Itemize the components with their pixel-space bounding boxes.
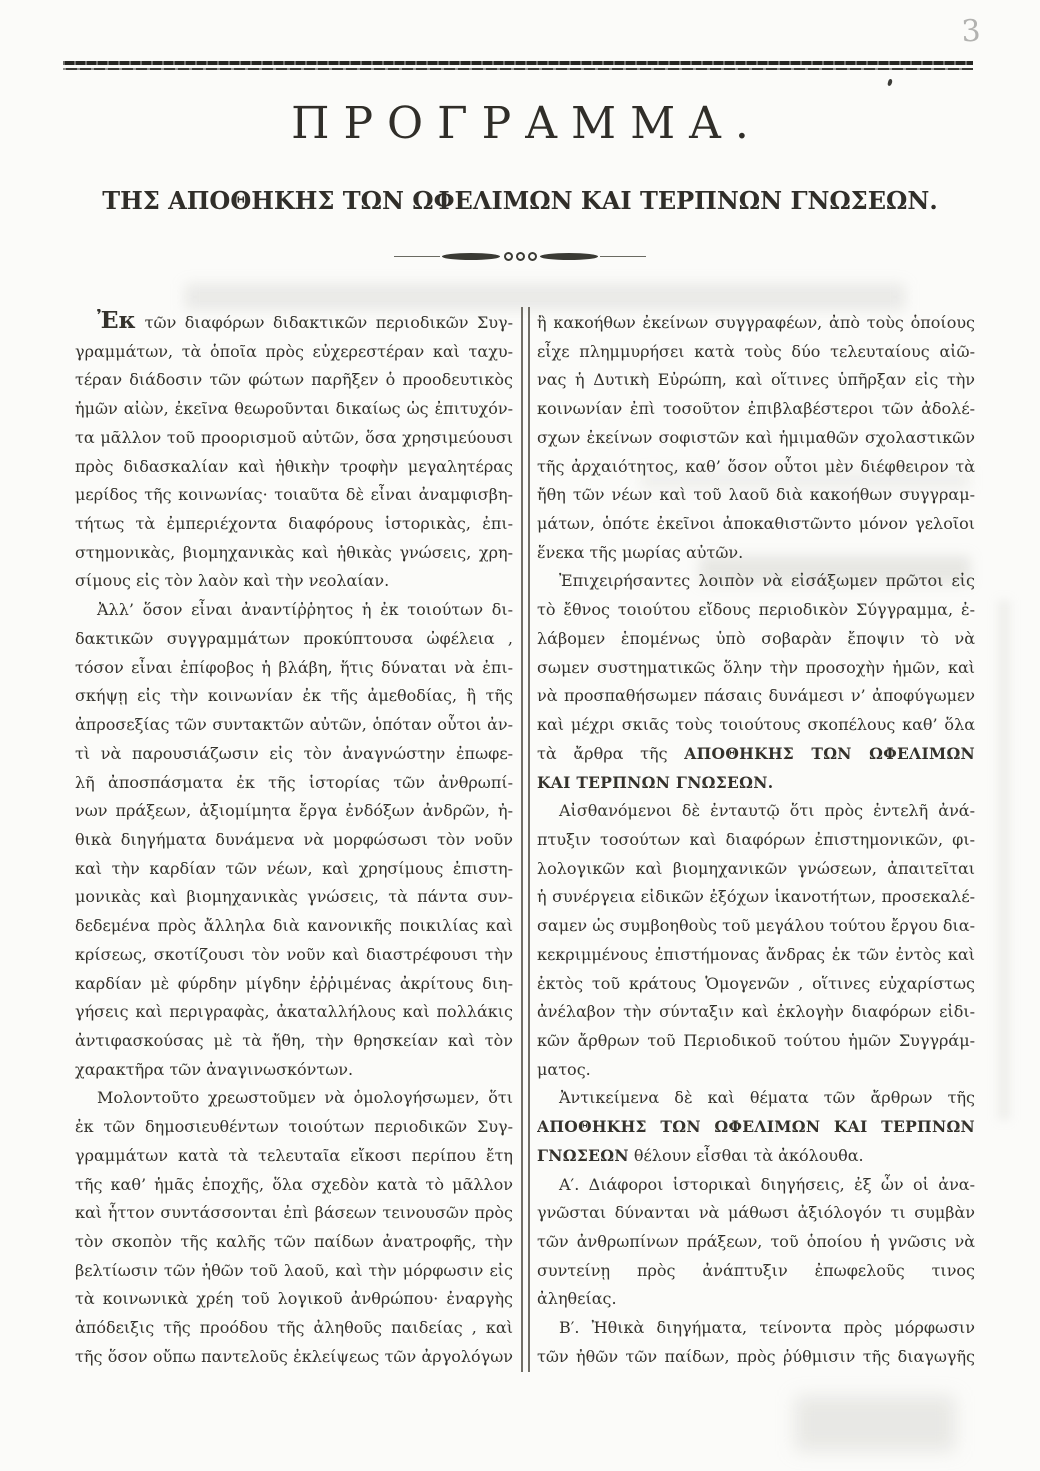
- text-line: πρὸς διδασκαλίαν καὶ ἠθικὴν τροφὴν μεγαλ…: [75, 453, 513, 482]
- text-run: καὶ τὴν καρδίαν τῶν νέων, καὶ χρησίμους …: [75, 859, 513, 878]
- emphasized-caps: ΑΠΟΘΗΚΗΣ ΤΩΝ ΩΦΕΛΙΜΩΝ: [684, 744, 975, 763]
- text-run: ἀνέλαβον τὴν σύνταξιν καὶ ἐκλογὴν διαφόρ…: [537, 1002, 975, 1021]
- rule-line-top: [63, 61, 973, 65]
- text-run: ἡμῶν αἰὼν, ἐκεῖνα θεωροῦνται δικαίως ὡς …: [75, 399, 513, 418]
- text-line: τὰ ἄρθρα τῆς ΑΠΟΘΗΚΗΣ ΤΩΝ ΩΦΕΛΙΜΩΝ: [537, 740, 975, 769]
- text-line: ἀπόδειξις τῆς προόδου τῆς ἀληθοῦς παιδεί…: [75, 1314, 513, 1343]
- text-run: μονικὰς καὶ βιομηχανικὰς γνώσεις, τὰ πάν…: [75, 887, 513, 906]
- text-run: ἡ συνέργεια εἰδικῶν ἐξόχων ἱκανοτήτων, π…: [537, 887, 975, 906]
- paragraph: Ἀλλ’ ὅσον εἶναι ἀναντίῤῥητος ἡ ἐκ τοιούτ…: [75, 596, 513, 1084]
- text-run: νων πράξεων, ἀξιομίμητα ἔργα ἐνδόξων ἀνδ…: [75, 801, 513, 820]
- text-line: σκήψῃ εἰς τὴν κοινωνίαν ἐκ τῆς ἀμεθοδίας…: [75, 682, 513, 711]
- text-run: τῆς ἀρχαιότητος, καθ’ ὅσον οὗτοι μὲν διέ…: [537, 457, 975, 476]
- ornament-line: [394, 256, 440, 257]
- text-run: κρίσεως, σκοτίζουσι τὸν νοῦν καὶ διαστρέ…: [75, 945, 513, 964]
- text-line: τῶν ἀνθρωπίνων πράξεων, τοῦ ὁποίου ἡ γνῶ…: [537, 1228, 975, 1257]
- text-line: ἐκ τῶν δημοσιευθέντων τοιούτων περιοδικῶ…: [75, 1113, 513, 1142]
- text-run: καρδίαν μὲ φύρδην μίγδην ἐῤῥιμένας ἀκρίτ…: [75, 974, 513, 993]
- text-run: ἀπόδειξις τῆς προόδου τῆς ἀληθοῦς παιδεί…: [75, 1318, 513, 1337]
- text-run: Ἀντικείμενα δὲ καὶ θέματα τῶν ἄρθρων τῆς: [559, 1088, 975, 1107]
- text-run: συντείνῃ πρὸς ἀνάπτυξιν ἐπωφελοῦς τινος …: [537, 1261, 975, 1286]
- text-line: τα μᾶλλον τοῦ προορισμοῦ αὐτῶν, ὅσα χρησ…: [75, 424, 513, 453]
- column-divider-rule: [521, 307, 530, 1372]
- scan-smudge: [795, 1396, 955, 1451]
- text-run: τὰ κοινωνικὰ χρέη τοῦ λογικοῦ ἀνθρώπου· …: [75, 1289, 513, 1308]
- text-line: κοινωνίαν ἐπὶ τοσοῦτον ἐπιβλαβέστεροι τῶ…: [537, 395, 975, 424]
- paragraph: Β′. Ἠθικὰ διηγήματα, τείνοντα πρὸς μόρφω…: [537, 1314, 975, 1371]
- double-rule: [63, 61, 973, 70]
- text-run: Ἐπιχειρήσαντες λοιπὸν νὰ εἰσάξωμεν πρῶτο…: [559, 571, 975, 590]
- text-run: Β′. Ἠθικὰ διηγήματα, τείνοντα πρὸς μόρφω…: [559, 1318, 975, 1337]
- text-run: σαμεν ὡς συμβοηθοὺς τοῦ μεγάλου τούτου ἔ…: [537, 916, 975, 935]
- text-line: ἤθη τῶν νέων καὶ τοῦ λαοῦ διὰ κακοήθων σ…: [537, 481, 975, 510]
- text-run: γραμμάτων, τὰ ὁποῖα πρὸς εὐχερεστέραν κα…: [75, 342, 513, 361]
- text-run: τήτως τὰ ἐμπεριέχοντα διαφόρους ἱστορικὰ…: [75, 514, 513, 533]
- text-run: λῆ ἀποσπάσματα ἐκ τῆς ἱστορίας τῶν ἀνθρω…: [75, 773, 513, 792]
- left-column: Ἐκ τῶν διαφόρων διδακτικῶν περιοδικῶν Συ…: [75, 303, 513, 1372]
- text-run: δακτικῶν συγγραμμάτων προκύπτουσα ὠφέλει…: [75, 629, 513, 648]
- text-run: ἕνεκα τῆς μωρίας αὐτῶν.: [537, 543, 743, 562]
- text-line: ἐκτὸς τοῦ κράτους Ὁμογενῶν , οἵτινες εὐχ…: [537, 970, 975, 999]
- text-run: στημονικὰς, βιομηχανικὰς καὶ ἠθικὰς γνώσ…: [75, 543, 513, 562]
- text-run: τῆς ὅσον οὔπω παντελοῦς ἐκλείψεως τῶν ἀρ…: [75, 1347, 513, 1366]
- ornament-lens: [540, 253, 598, 260]
- text-line: τὸν σκοπὸν τῆς καλῆς τῶν παίδων ἀνατροφῆ…: [75, 1228, 513, 1257]
- paragraph: Ἐκ τῶν διαφόρων διδακτικῶν περιοδικῶν Συ…: [75, 309, 513, 596]
- scan-smudge: [998, 600, 1010, 1120]
- text-line: κῶν ἄρθρων τοῦ Περιοδικοῦ τούτου ἡμῶν Συ…: [537, 1027, 975, 1056]
- text-run: σίμους εἰς τὸν λαὸν καὶ τὴν νεολαίαν.: [75, 571, 389, 590]
- text-run: τὸν σκοπὸν τῆς καλῆς τῶν παίδων ἀνατροφῆ…: [75, 1232, 513, 1251]
- text-run: Α′. Διάφοροι ἱστορικαὶ διηγήσεις, ἐξ ὧν …: [559, 1175, 975, 1194]
- text-run: ἢ κακοήθων ἐκείνων συγγραφέων, ἀπὸ τοὺς …: [537, 313, 975, 332]
- rule-line-bottom: [63, 68, 973, 70]
- text-line: Αἰσθανόμενοι δὲ ἐνταυτῷ ὅτι πρὸς ἐντελῆ …: [537, 797, 975, 826]
- text-line: Β′. Ἠθικὰ διηγήματα, τείνοντα πρὸς μόρφω…: [537, 1314, 975, 1343]
- ornament-circle: [528, 252, 537, 261]
- text-line: καὶ ἧττον συντάσσονται ἐπὶ βάσεων τεινου…: [75, 1199, 513, 1228]
- paragraph: Ἀντικείμενα δὲ καὶ θέματα τῶν ἄρθρων τῆς…: [537, 1084, 975, 1170]
- text-run: γραμμάτων κατὰ τὰ τελευταῖα εἴκοσι περίπ…: [75, 1146, 513, 1165]
- ink-speck: [887, 79, 893, 87]
- text-run: γήσεις καὶ περιγραφὰς, ἀκαταλλήλους καὶ …: [75, 1002, 513, 1021]
- text-line: δεδεμένα πρὸς ἄλληλα διὰ κανονικῆς ποικι…: [75, 912, 513, 941]
- text-line: λολογικῶν καὶ βιομηχανικῶν γνώσεων, ἀπαι…: [537, 855, 975, 884]
- text-line: καρδίαν μὲ φύρδην μίγδην ἐῤῥιμένας ἀκρίτ…: [75, 970, 513, 999]
- text-run: καὶ ἧττον συντάσσονται ἐπὶ βάσεων τεινου…: [75, 1203, 513, 1222]
- text-run: λάβομεν ἑπομένως ὑπὸ σοβαρὰν ἔποψιν τὸ ν…: [537, 629, 975, 654]
- text-run: κοινωνίαν ἐπὶ τοσοῦτον ἐπιβλαβέστεροι τῶ…: [537, 399, 975, 418]
- text-line: τὰ κοινωνικὰ χρέη τοῦ λογικοῦ ἀνθρώπου· …: [75, 1285, 513, 1314]
- text-run: τῶν ἀνθρωπίνων πράξεων, τοῦ ὁποίου ἡ γνῶ…: [537, 1232, 975, 1251]
- triple-circle-ornament-icon: [0, 252, 1040, 261]
- text-run: τῶν ἠθῶν τῶν παίδων, πρὸς ῥύθμισιν τῆς δ…: [537, 1347, 975, 1366]
- document-title: ΠΡΟΓΡΑΜΜΑ.: [0, 98, 1040, 149]
- text-line: Ἐπιχειρήσαντες λοιπὸν νὰ εἰσάξωμεν πρῶτο…: [537, 567, 975, 596]
- text-run: σχων ἐκείνων σοφιστῶν καὶ ἡμιμαθῶν σχολα…: [537, 428, 975, 447]
- text-line: λάβομεν ἑπομένως ὑπὸ σοβαρὰν ἔποψιν τὸ ν…: [537, 625, 975, 654]
- text-line: ἀνέλαβον τὴν σύνταξιν καὶ ἐκλογὴν διαφόρ…: [537, 998, 975, 1027]
- text-line: ματος.: [537, 1056, 975, 1085]
- text-line: χαρακτῆρα τῶν ἀναγινωσκόντων.: [75, 1056, 513, 1085]
- text-line: μονικὰς καὶ βιομηχανικὰς γνώσεις, τὰ πάν…: [75, 883, 513, 912]
- text-run: χαρακτῆρα τῶν ἀναγινωσκόντων.: [75, 1060, 353, 1079]
- page-number: 3: [947, 13, 995, 50]
- text-line: γραμμάτων κατὰ τὰ τελευταῖα εἴκοσι περίπ…: [75, 1142, 513, 1171]
- text-run: βελτίωσιν τῶν ἠθῶν τοῦ λαοῦ, καὶ τὴν μόρ…: [75, 1261, 513, 1280]
- text-run: καὶ μέχρι σκιᾶς τοὺς τοιούτους σκοπέλους…: [537, 715, 975, 734]
- text-run: ματος.: [537, 1060, 591, 1079]
- text-line: Ἐκ τῶν διαφόρων διδακτικῶν περιοδικῶν Συ…: [75, 309, 513, 338]
- text-line: ΓΝΩΣΕΩΝ θέλουν εἶσθαι τὰ ἀκόλουθα.: [537, 1142, 975, 1171]
- text-line: μάτων, ὁπότε ἐκεῖνοι ἀποκαθιστῶντο μόνον…: [537, 510, 975, 539]
- text-line: τέραν διάδοσιν τῶν φώτων παρῆξεν ὁ προοδ…: [75, 366, 513, 395]
- paragraph: Α′. Διάφοροι ἱστορικαὶ διηγήσεις, ἐξ ὧν …: [537, 1171, 975, 1315]
- text-run: θικὰ διηγήματα δυνάμενα νὰ μορφώσωσι τὸν…: [75, 830, 513, 849]
- text-line: δακτικῶν συγγραμμάτων προκύπτουσα ὠφέλει…: [75, 625, 513, 654]
- paragraph: ἢ κακοήθων ἐκείνων συγγραφέων, ἀπὸ τοὺς …: [537, 309, 975, 567]
- text-run: γνῶσται δύνανται νὰ μάθωσι ἀξιόλογόν τι …: [537, 1203, 975, 1222]
- text-run: τῶν διαφόρων διδακτικῶν περιοδικῶν Συγ-: [136, 313, 513, 332]
- emphasized-caps: ΑΠΟΘΗΚΗΣ ΤΩΝ ΩΦΕΛΙΜΩΝ ΚΑΙ ΤΕΡΠΝΩΝ: [537, 1117, 975, 1136]
- text-run: κῶν ἄρθρων τοῦ Περιοδικοῦ τούτου ἡμῶν Συ…: [537, 1031, 975, 1050]
- text-line: τῆς ὅσον οὔπω παντελοῦς ἐκλείψεως τῶν ἀρ…: [75, 1343, 513, 1372]
- text-line: τήτως τὰ ἐμπεριέχοντα διαφόρους ἱστορικὰ…: [75, 510, 513, 539]
- text-line: γνῶσται δύνανται νὰ μάθωσι ἀξιόλογόν τι …: [537, 1199, 975, 1228]
- text-run: ἤθη τῶν νέων καὶ τοῦ λαοῦ διὰ κακοήθων σ…: [537, 485, 975, 504]
- text-run: μάτων, ὁπότε ἐκεῖνοι ἀποκαθιστῶντο μόνον…: [537, 514, 975, 533]
- text-line: εἶχε πλημμυρήσει κατὰ τοὺς δύο τελευταίο…: [537, 338, 975, 367]
- text-line: πτυξιν τοσούτων καὶ διαφόρων ἐπιστημονικ…: [537, 826, 975, 855]
- text-line: γραμμάτων, τὰ ὁποῖα πρὸς εὐχερεστέραν κα…: [75, 338, 513, 367]
- text-line: ἕνεκα τῆς μωρίας αὐτῶν.: [537, 539, 975, 568]
- text-run: νὰ προσπαθήσωμεν πάσαις δυνάμεσι ν’ ἀποφ…: [537, 686, 975, 705]
- emphasized-caps: ΓΝΩΣΕΩΝ: [537, 1146, 629, 1165]
- text-line: ἡμῶν αἰὼν, ἐκεῖνα θεωροῦνται δικαίως ὡς …: [75, 395, 513, 424]
- text-line: συντείνῃ πρὸς ἀνάπτυξιν ἐπωφελοῦς τινος …: [537, 1257, 975, 1286]
- text-line: λῆ ἀποσπάσματα ἐκ τῆς ἱστορίας τῶν ἀνθρω…: [75, 769, 513, 798]
- emphasized-caps: ΚΑΙ ΤΕΡΠΝΩΝ ΓΝΩΣΕΩΝ.: [537, 773, 773, 792]
- ornament-lens: [442, 253, 500, 260]
- text-line: καὶ τὴν καρδίαν τῶν νέων, καὶ χρησίμους …: [75, 855, 513, 884]
- text-line: νας ἡ Δυτικὴ Εὐρώπη, καὶ οἵτινες ὑπῆρξαν…: [537, 366, 975, 395]
- ornament-circle: [504, 252, 513, 261]
- text-line: μερίδος τῆς κοινωνίας· τοιαῦτα δὲ εἶναι …: [75, 481, 513, 510]
- text-run: Ἀλλ’ ὅσον εἶναι ἀναντίῤῥητος ἡ ἐκ τοιούτ…: [97, 600, 513, 619]
- text-line: καὶ μέχρι σκιᾶς τοὺς τοιούτους σκοπέλους…: [537, 711, 975, 740]
- paragraph: Ἐπιχειρήσαντες λοιπὸν νὰ εἰσάξωμεν πρῶτο…: [537, 567, 975, 797]
- text-run: τὰ ἄρθρα τῆς: [537, 744, 684, 763]
- text-line: στημονικὰς, βιομηχανικὰς καὶ ἠθικὰς γνώσ…: [75, 539, 513, 568]
- text-line: ΑΠΟΘΗΚΗΣ ΤΩΝ ΩΦΕΛΙΜΩΝ ΚΑΙ ΤΕΡΠΝΩΝ: [537, 1113, 975, 1142]
- paragraph: Μολοντοῦτο χρεωστοῦμεν νὰ ὁμολογήσωμεν, …: [75, 1084, 513, 1371]
- text-line: τόσον εἶναι ἐπίφοβος ἡ βλάβη, ἥτις δύνατ…: [75, 654, 513, 683]
- text-run: τῆς καθ’ ἡμᾶς ἐποχῆς, ὅλα σχεδὸν κατὰ τὸ…: [75, 1175, 513, 1194]
- text-run: λολογικῶν καὶ βιομηχανικῶν γνώσεων, ἀπαι…: [537, 859, 975, 878]
- text-run: πρὸς διδασκαλίαν καὶ ἠθικὴν τροφὴν μεγαλ…: [75, 457, 513, 476]
- text-run: ἐκ τῶν δημοσιευθέντων τοιούτων περιοδικῶ…: [75, 1117, 513, 1136]
- lead-initial: Ἐκ: [97, 309, 136, 334]
- text-line: τῆς ἀρχαιότητος, καθ’ ὅσον οὗτοι μὲν διέ…: [537, 453, 975, 482]
- text-run: τὸ ἔθνος τοιούτου εἴδους περιοδικὸν Σύγγ…: [537, 600, 975, 619]
- text-line: θικὰ διηγήματα δυνάμενα νὰ μορφώσωσι τὸν…: [75, 826, 513, 855]
- text-run: νας ἡ Δυτικὴ Εὐρώπη, καὶ οἵτινες ὑπῆρξαν…: [537, 370, 975, 389]
- text-line: νὰ προσπαθήσωμεν πάσαις δυνάμεσι ν’ ἀποφ…: [537, 682, 975, 711]
- text-line: τῆς καθ’ ἡμᾶς ἐποχῆς, ὅλα σχεδὸν κατὰ τὸ…: [75, 1171, 513, 1200]
- document-subtitle: ΤΗΣ ΑΠΟΘΗΚΗΣ ΤΩΝ ΩΦΕΛΙΜΩΝ ΚΑΙ ΤΕΡΠΝΩΝ ΓΝ…: [0, 186, 1040, 215]
- paragraph: Αἰσθανόμενοι δὲ ἐνταυτῷ ὅτι πρὸς ἐντελῆ …: [537, 797, 975, 1084]
- text-run: ἀντιφασκούσας μὲ τὰ ἤθη, τὴν θρησκείαν κ…: [75, 1031, 513, 1050]
- text-run: ἀπροσεξίας τῶν συντακτῶν αὐτῶν, ὁπόταν ο…: [75, 715, 513, 734]
- text-line: τῶν ἠθῶν τῶν παίδων, πρὸς ῥύθμισιν τῆς δ…: [537, 1343, 975, 1372]
- text-line: κρίσεως, σκοτίζουσι τὸν νοῦν καὶ διαστρέ…: [75, 941, 513, 970]
- text-run: Αἰσθανόμενοι δὲ ἐνταυτῷ ὅτι πρὸς ἐντελῆ …: [559, 801, 975, 820]
- text-run: Μολοντοῦτο χρεωστοῦμεν νὰ ὁμολογήσωμεν, …: [97, 1088, 513, 1107]
- text-line: βελτίωσιν τῶν ἠθῶν τοῦ λαοῦ, καὶ τὴν μόρ…: [75, 1257, 513, 1286]
- text-line: σίμους εἰς τὸν λαὸν καὶ τὴν νεολαίαν.: [75, 567, 513, 596]
- text-line: σχων ἐκείνων σοφιστῶν καὶ ἡμιμαθῶν σχολα…: [537, 424, 975, 453]
- text-run: θέλουν εἶσθαι τὰ ἀκόλουθα.: [629, 1146, 864, 1165]
- text-run: κεκριμμένους ἐπιστήμονας ἄνδρας ἐκ τῶν ἐ…: [537, 945, 975, 964]
- text-run: τέραν διάδοσιν τῶν φώτων παρῆξεν ὁ προοδ…: [75, 370, 513, 389]
- text-run: πτυξιν τοσούτων καὶ διαφόρων ἐπιστημονικ…: [537, 830, 975, 849]
- text-line: σωμεν συστηματικῶς ὅλην τὴν προσοχὴν ἡμῶ…: [537, 654, 975, 683]
- text-run: τὶ νὰ παρουσιάζωσιν εἰς τὸν ἀναγνώστην ἐ…: [75, 744, 513, 763]
- text-block: Ἐκ τῶν διαφόρων διδακτικῶν περιοδικῶν Συ…: [75, 303, 975, 1372]
- text-line: Α′. Διάφοροι ἱστορικαὶ διηγήσεις, ἐξ ὧν …: [537, 1171, 975, 1200]
- text-line: τὶ νὰ παρουσιάζωσιν εἰς τὸν ἀναγνώστην ἐ…: [75, 740, 513, 769]
- text-run: σωμεν συστηματικῶς ὅλην τὴν προσοχὴν ἡμῶ…: [537, 658, 975, 677]
- text-line: ἀπροσεξίας τῶν συντακτῶν αὐτῶν, ὁπόταν ο…: [75, 711, 513, 740]
- text-run: μερίδος τῆς κοινωνίας· τοιαῦτα δὲ εἶναι …: [75, 485, 513, 504]
- text-line: Ἀντικείμενα δὲ καὶ θέματα τῶν ἄρθρων τῆς: [537, 1084, 975, 1113]
- right-column: ἢ κακοήθων ἐκείνων συγγραφέων, ἀπὸ τοὺς …: [537, 303, 975, 1372]
- text-line: Ἀλλ’ ὅσον εἶναι ἀναντίῤῥητος ἡ ἐκ τοιούτ…: [75, 596, 513, 625]
- text-run: τα μᾶλλον τοῦ προορισμοῦ αὐτῶν, ὅσα χρησ…: [75, 428, 513, 447]
- scanned-document-page: { "page_number": "3", "header": { "title…: [0, 0, 1040, 1471]
- text-line: ἡ συνέργεια εἰδικῶν ἐξόχων ἱκανοτήτων, π…: [537, 883, 975, 912]
- text-line: ἢ κακοήθων ἐκείνων συγγραφέων, ἀπὸ τοὺς …: [537, 309, 975, 338]
- text-run: τόσον εἶναι ἐπίφοβος ἡ βλάβη, ἥτις δύνατ…: [75, 658, 513, 677]
- text-run: ἐκτὸς τοῦ κράτους Ὁμογενῶν , οἵτινες εὐχ…: [537, 974, 975, 993]
- text-line: ΚΑΙ ΤΕΡΠΝΩΝ ΓΝΩΣΕΩΝ.: [537, 769, 975, 798]
- text-run: ἀληθείας.: [537, 1289, 617, 1308]
- text-run: εἶχε πλημμυρήσει κατὰ τοὺς δύο τελευταίο…: [537, 342, 975, 361]
- text-line: νων πράξεων, ἀξιομίμητα ἔργα ἐνδόξων ἀνδ…: [75, 797, 513, 826]
- text-line: γήσεις καὶ περιγραφὰς, ἀκαταλλήλους καὶ …: [75, 998, 513, 1027]
- text-line: κεκριμμένους ἐπιστήμονας ἄνδρας ἐκ τῶν ἐ…: [537, 941, 975, 970]
- text-line: σαμεν ὡς συμβοηθοὺς τοῦ μεγάλου τούτου ἔ…: [537, 912, 975, 941]
- text-line: Μολοντοῦτο χρεωστοῦμεν νὰ ὁμολογήσωμεν, …: [75, 1084, 513, 1113]
- text-run: δεδεμένα πρὸς ἄλληλα διὰ κανονικῆς ποικι…: [75, 916, 513, 935]
- text-line: τὸ ἔθνος τοιούτου εἴδους περιοδικὸν Σύγγ…: [537, 596, 975, 625]
- text-line: ἀληθείας.: [537, 1285, 975, 1314]
- text-line: ἀντιφασκούσας μὲ τὰ ἤθη, τὴν θρησκείαν κ…: [75, 1027, 513, 1056]
- ornament-line: [600, 256, 646, 257]
- text-run: σκήψῃ εἰς τὴν κοινωνίαν ἐκ τῆς ἀμεθοδίας…: [75, 686, 513, 705]
- ornament-circle: [516, 252, 525, 261]
